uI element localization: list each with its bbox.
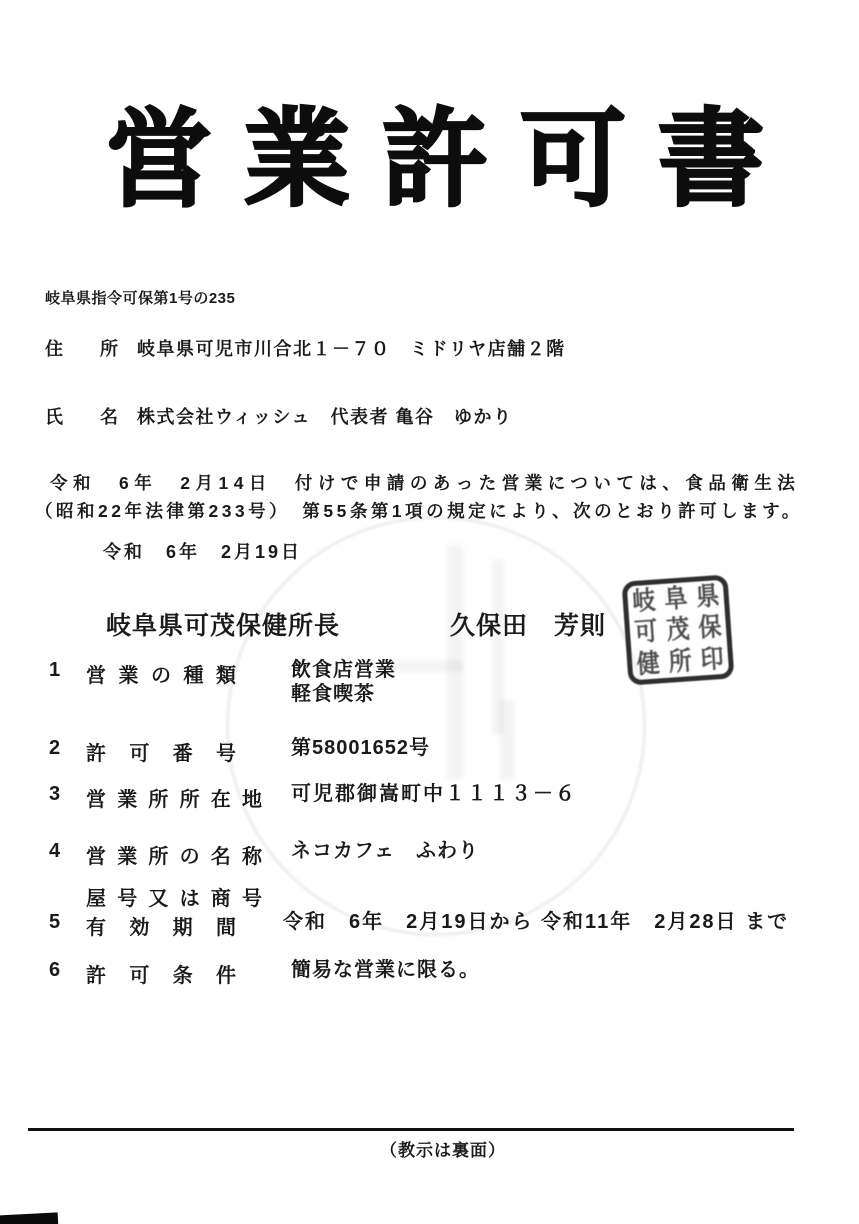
item-label: 許可番号	[86, 737, 236, 766]
footer-note: （教示は裏面）	[380, 1136, 506, 1161]
document-title: 営業許可書	[106, 100, 796, 222]
seal-character: 印	[700, 645, 725, 672]
item-number: 3	[49, 783, 60, 806]
item-value: 簡易な営業に限る。	[291, 959, 480, 983]
item-value: 飲食店営業	[291, 659, 396, 683]
item-value: ネコカフェ ふわり	[291, 840, 479, 864]
item-number: 6	[49, 959, 60, 982]
body-paragraph-line-2: （昭和22年法律第233号） 第55条第1項の規定により、次のとおり許可します。	[35, 498, 803, 523]
item-value: 令和 6年 2月19日から 令和11年 2月28日 まで	[283, 911, 789, 935]
watermark-mark	[388, 660, 463, 672]
name-value: 株式会社ウィッシュ 代表者 亀谷 ゆかり	[137, 403, 513, 429]
permit-document-page: 営業許可書 岐阜県指令可保第1号の235 住所 岐阜県可児市川合北１－７０ ミド…	[0, 0, 859, 1224]
official-seal: 岐 阜 県 可 茂 保 健 所 印	[622, 574, 735, 685]
item-value-group: 可児郡御嵩町中１１１３－６	[291, 783, 577, 807]
item-label: 営業所の名称	[86, 840, 262, 869]
name-row: 氏名 株式会社ウィッシュ 代表者 亀谷 ゆかり	[0, 403, 859, 427]
scan-artifact-corner	[0, 1212, 58, 1224]
item-number: 1	[49, 659, 60, 682]
seal-character: 所	[668, 648, 693, 675]
address-value: 岐阜県可児市川合北１－７０ ミドリヤ店舗２階	[137, 335, 566, 361]
item-label: 営業所所在地	[86, 783, 262, 812]
seal-character: 可	[634, 619, 659, 646]
issuer-name: 久保田 芳則	[450, 606, 606, 642]
seal-character: 健	[636, 650, 661, 677]
round-stamp-watermark	[226, 516, 646, 936]
item-label: 有効期間	[86, 911, 236, 940]
address-row: 住所 岐阜県可児市川合北１－７０ ミドリヤ店舗２階	[0, 335, 859, 359]
issue-date: 令和 6年 2月19日	[103, 538, 302, 564]
item-label: 許可条件	[86, 959, 236, 988]
item-value-group: 第58001652号	[291, 737, 430, 761]
item-value-group: ネコカフェ ふわり	[291, 840, 479, 864]
watermark-mark	[500, 700, 514, 780]
seal-character: 岐	[632, 587, 657, 614]
item-number: 2	[49, 737, 60, 760]
issuer-title: 岐阜県可茂保健所長	[106, 606, 340, 642]
body-paragraph-line-1: 令和 6年 2月14日 付けで申請のあった営業については、食品衛生法	[50, 470, 800, 495]
item-value: 第58001652号	[291, 737, 430, 761]
item-number: 5	[49, 911, 60, 934]
item-value-group: 飲食店営業 軽食喫茶	[291, 659, 396, 706]
item-number: 4	[49, 840, 60, 863]
seal-character: 県	[695, 583, 720, 610]
item-value-group: 簡易な営業に限る。	[291, 959, 480, 983]
seal-character: 阜	[663, 585, 688, 612]
directive-number: 岐阜県指令可保第1号の235	[45, 287, 235, 308]
item-label: 営業の種類	[86, 659, 236, 688]
name-label: 氏名	[45, 403, 118, 429]
footer-divider-line	[28, 1128, 794, 1131]
item-label-line2: 屋号又は商号	[86, 882, 262, 911]
seal-character: 保	[698, 614, 723, 641]
address-label: 住所	[45, 335, 118, 361]
seal-character: 茂	[666, 616, 691, 643]
item-value: 可児郡御嵩町中１１１３－６	[291, 783, 577, 807]
item-value-group: 令和 6年 2月19日から 令和11年 2月28日 まで	[283, 911, 789, 935]
item-value: 軽食喫茶	[291, 683, 396, 707]
